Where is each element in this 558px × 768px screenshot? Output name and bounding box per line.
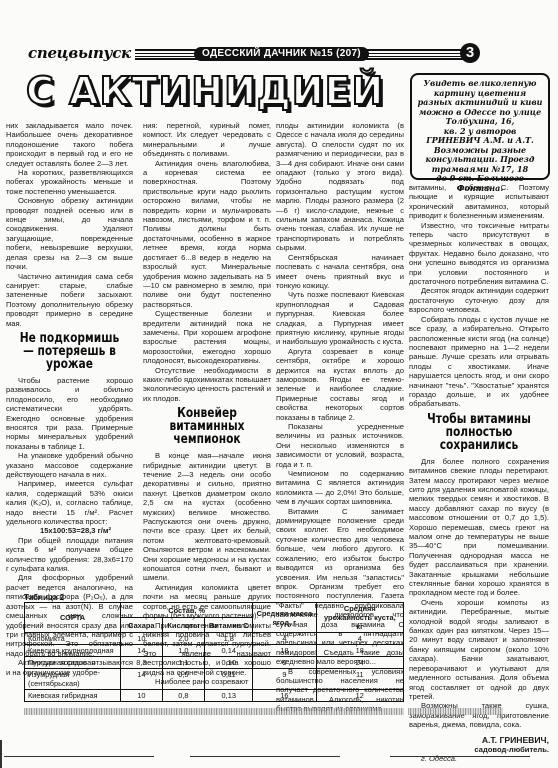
author-role: садовод-любитель. (409, 745, 549, 754)
cell-acids: 1,1 (162, 657, 205, 669)
cell-vitamin-c: 0,13 (205, 690, 253, 702)
cell-variety: Изумрудная (сентябрьская) (25, 669, 121, 690)
paragraph: витамины, особенно С. Поэтому пьющие и к… (409, 183, 549, 221)
paragraph: Чуть позже поспевают Киевская крупноплод… (276, 290, 404, 346)
cell-vitamin-c: 1,8 (205, 633, 253, 645)
table-row: Изумрудная (сентябрьская) 14 0,5 0,11 9 … (25, 669, 404, 690)
paragraph: Чемпионом по содержанию витамина С являе… (276, 469, 404, 507)
cell-sugar: 14 (121, 669, 163, 690)
cell-sugar: 10 (121, 633, 163, 645)
cell-mass: 9 (253, 669, 316, 690)
divider (190, 756, 340, 757)
cell-yield: 24 (316, 657, 403, 669)
paragraph: Например, имеется сульфат калия, содержа… (6, 479, 133, 526)
header-acids: Кислоты (162, 618, 205, 633)
cell-acids: 0,5 (162, 669, 205, 690)
paragraph: Существенные болезни и вредители актинид… (143, 309, 271, 365)
paragraph: Известно, что токсичные нитраты теперь ч… (409, 221, 549, 287)
cell-sugar: 14 (121, 645, 163, 657)
paragraph: ния: перегной, куриный помет, компост. И… (143, 121, 271, 159)
paragraph: Очень хороши компоты из актинидии. Переб… (409, 598, 549, 701)
paragraph: Чтобы растение хорошо развивалось и обил… (6, 376, 133, 451)
paragraph: Показаны усредненные величины из разных … (276, 422, 404, 469)
paragraph: Основную обрезку актинидии проводят позд… (6, 196, 133, 271)
divider (390, 756, 530, 757)
table-caption: Таблица 2 (24, 593, 64, 602)
paragraph: В конце мая—начале июня гибридные актини… (143, 451, 271, 583)
cell-yield: 18 (316, 645, 403, 657)
cell-yield: 11 (316, 669, 403, 690)
header-sugar: Сахара (121, 618, 163, 633)
cell-yield: 12 (316, 690, 403, 702)
cell-acids: 2,0 (162, 633, 205, 645)
scan-noise-strip (24, 708, 404, 715)
cell-sugar: 8,3 (121, 657, 163, 669)
page-number: 3 (460, 43, 480, 63)
publication-issue: ОДЕССКИЙ ДАЧНИК №15 (207) (194, 47, 369, 61)
table-row: Пурпурная садовая 8,3 1,1 0,10 9 24 (25, 657, 404, 669)
header-variety: СОРТА (25, 603, 121, 633)
cell-vitamin-c: 0,11 (205, 669, 253, 690)
scan-noise-strip (408, 708, 503, 715)
section-label: спецвыпуск (28, 44, 135, 62)
column-4: витамины, особенно С. Поэтому пьющие и к… (409, 183, 549, 764)
cell-variety: Коломикта (25, 633, 121, 645)
info-box: Увидеть великолепную картину цветения ра… (410, 73, 550, 180)
paragraph: Актинидия очень влаголюбива, а корневая … (143, 159, 271, 310)
cell-acids: 0,8 (162, 690, 205, 702)
cell-yield: 4 (316, 633, 403, 645)
paragraph: плоды актинидии коломикта (в Одессе с на… (276, 121, 404, 253)
paragraph: Частично актинидия сама себя санирует: с… (6, 272, 133, 328)
cell-mass: 16 (253, 690, 316, 702)
paragraph: Десяток ягодок актинидии содержит достат… (409, 286, 549, 314)
cell-mass: 9 (253, 657, 316, 669)
paragraph: Аргута созревает в конце сентября, октяб… (276, 347, 404, 422)
cell-variety: Киевская гибридная (25, 690, 121, 702)
cell-acids: 1,0 (162, 645, 205, 657)
paragraph: Сентябрьская начинает поспевать с начала… (276, 253, 404, 291)
header-vitamin-c: Витамин С (205, 618, 253, 633)
section-heading: Чтобы витамины полностью сохранились (422, 413, 537, 452)
header-composition: Состав, % (121, 603, 253, 618)
divider (4, 756, 154, 757)
article-headline: С АКТИНИДИЕЙ (26, 70, 386, 112)
cell-variety: Киевская крупноплодная (25, 645, 121, 657)
formula: 15х100:53=28,3 г/м² (6, 526, 133, 535)
paragraph: Для более полного сохранения витаминов с… (409, 457, 549, 598)
cell-vitamin-c: 0,14 (205, 645, 253, 657)
masthead: спецвыпуск ОДЕССКИЙ ДАЧНИК №15 (207) 3 (28, 44, 480, 64)
table-row: Киевская гибридная 10 0,8 0,13 16 12 (25, 690, 404, 702)
cell-mass: 4 (253, 633, 316, 645)
cell-sugar: 10 (121, 690, 163, 702)
cell-mass: 18 (253, 645, 316, 657)
cell-vitamin-c: 0,10 (205, 657, 253, 669)
table-row: Коломикта 10 2,0 1,8 4 4 (25, 633, 404, 645)
paragraph: На упаковке удобрений обычно указано мас… (6, 451, 133, 479)
table-row: Киевская крупноплодная 14 1,0 0,14 18 18 (25, 645, 404, 657)
header-avg-mass: Средняя масса ягод, г (253, 603, 316, 633)
page-edge-mark (0, 740, 2, 768)
author-signature: А.Т. ГРИНЕВИЧ, (409, 736, 549, 745)
paragraph: При общей площади питания куста 6 м² пол… (6, 536, 133, 574)
paragraph: Возможны также сушка, замораживание ягод… (409, 701, 549, 729)
paragraph: Собирать плоды с кустов лучше не все сра… (409, 315, 549, 409)
section-heading: Не подкормишь — потеряешь в урожае (17, 332, 121, 371)
paragraph: Отсутствие необходимости в каких-либо яд… (143, 366, 271, 404)
paragraph: На коротких, разветвляющихся побегах уро… (6, 168, 133, 196)
varieties-table: СОРТА Состав, % Средняя масса ягод, г Ср… (24, 602, 404, 702)
paragraph: них закладывается мало почек. Наибольшее… (6, 121, 133, 168)
header-avg-yield: Средняя урожайность куста, кг (316, 603, 403, 633)
section-heading: Конвейер витаминных чемпионок (155, 407, 260, 446)
cell-variety: Пурпурная садовая (25, 657, 121, 669)
